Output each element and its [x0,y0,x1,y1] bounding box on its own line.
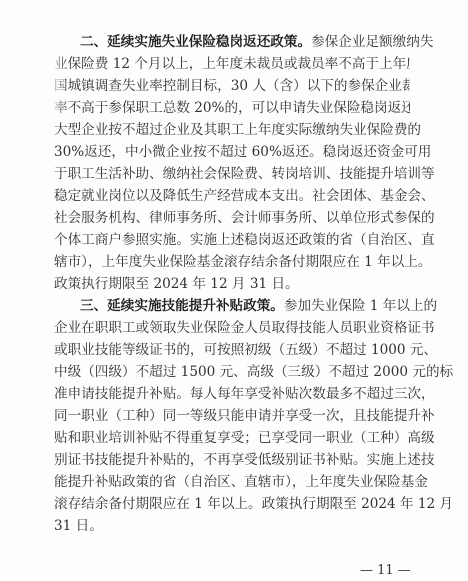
body-line: 别证书技能提升补贴的，不再享受低级别证书补贴。实施上述技 [54,449,410,471]
body-text: 参保企业足额缴纳失 [311,34,433,50]
body-line: 30%返还，中小微企业按不超过 60%返还。稳岗返还资金可用 [54,141,410,163]
body-text: 参加失业保险 1 年以上的 [284,298,437,314]
body-line: 31 日。 [54,515,410,537]
body-line: 业保险费 12 个月以上，上年度未裁员或裁员率不高于上年度全 [54,53,410,75]
body-line: 辖市），上年度失业保险基金滚存结余备付期限应在 1 年以上。 [54,251,410,273]
body-line: 大型企业按不超过企业及其职工上年度实际缴纳失业保险费的 [54,119,410,141]
body-line: 国城镇调查失业率控制目标，30 人（含）以下的参保企业裁员 [54,75,410,97]
body-line: 中级（四级）不超过 1500 元、高级（三级）不超过 2000 元的标 [54,361,410,383]
body-line: 或职业技能等级证书的，可按照初级（五级）不超过 1000 元、 [54,339,410,361]
page-number: — 11 — [360,562,411,580]
body-line: 政策执行期限至 2024 年 12 月 31 日。 [54,273,410,295]
document-page: 二、延续实施失业保险稳岗返还政策。参保企业足额缴纳失 业保险费 12 个月以上，… [0,0,468,581]
body-line: 个体工商户参照实施。实施上述稳岗返还政策的省（自治区、直 [54,229,410,251]
body-line: 于职工生活补助、缴纳社会保险费、转岗培训、技能提升培训等 [54,163,410,185]
body-line: 稳定就业岗位以及降低生产经营成本支出。社会团体、基金会、 [54,185,410,207]
body-line: 贴和职业培训补贴不得重复享受；已享受同一职业（工种）高级 [54,427,410,449]
body-line: 滚存结余备付期限应在 1 年以上。政策执行期限至 2024 年 12 月 [54,493,410,515]
body-line: 社会服务机构、律师事务所、会计师事务所、以单位形式参保的 [54,207,410,229]
section-two-first-line: 二、延续实施失业保险稳岗返还政策。参保企业足额缴纳失 [80,31,410,53]
section-two-heading: 二、延续实施失业保险稳岗返还政策。 [80,34,311,50]
body-line: 准申请技能提升补贴。每人每年享受补贴次数最多不超过三次， [54,383,410,405]
section-three-heading: 三、延续实施技能提升补贴政策。 [80,298,284,314]
section-three-first-line: 三、延续实施技能提升补贴政策。参加失业保险 1 年以上的 [80,295,410,317]
body-line: 能提升补贴政策的省（自治区、直辖市），上年度失业保险基金 [54,471,410,493]
body-line: 企业在职职工或领取失业保险金人员取得技能人员职业资格证书 [54,317,410,339]
body-line: 率不高于参保职工总数 20%的，可以申请失业保险稳岗返还。 [54,97,410,119]
body-line: 同一职业（工种）同一等级只能申请并享受一次，且技能提升补 [54,405,410,427]
